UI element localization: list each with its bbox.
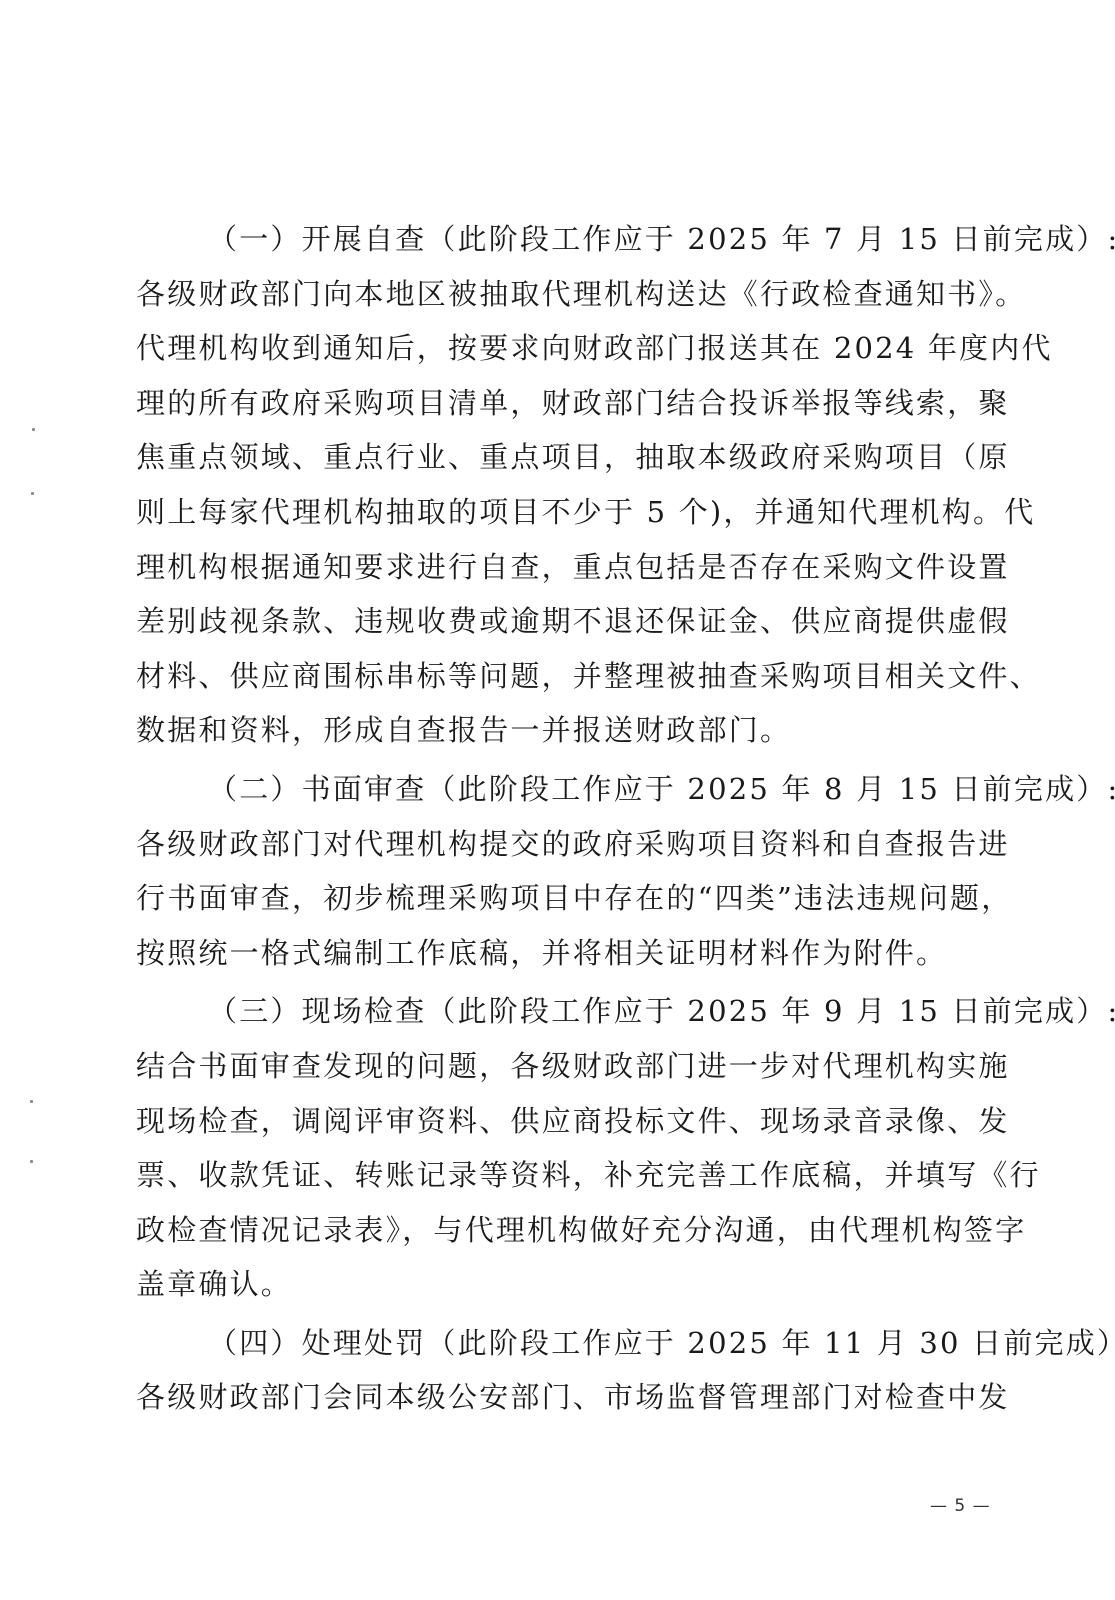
paragraph-line: 理的所有政府采购项目清单，财政部门结合投诉举报等线索，聚 bbox=[136, 376, 972, 431]
paragraph-line: 理机构根据通知要求进行自查，重点包括是否存在采购文件设置 bbox=[136, 540, 972, 595]
paragraph-line: 各级财政部门对代理机构提交的政府采购项目资料和自查报告进 bbox=[136, 817, 972, 872]
paragraph-line: 材料、供应商围标串标等问题，并整理被抽查采购项目相关文件、 bbox=[136, 649, 972, 704]
scan-artifact-dot bbox=[32, 428, 35, 431]
page-number: — 5 — bbox=[930, 1496, 991, 1516]
paragraph-line: 票、收款凭证、转账记录等资料，补充完善工作底稿，并填写《行 bbox=[136, 1148, 972, 1203]
section-heading: （二）书面审查（此阶段工作应于 2025 年 8 月 15 日前完成）: bbox=[136, 762, 972, 817]
paragraph-line: 政检查情况记录表》，与代理机构做好充分沟通，由代理机构签字 bbox=[136, 1203, 972, 1258]
paragraph-line: 盖章确认。 bbox=[136, 1257, 972, 1312]
document-page: （一）开展自查（此阶段工作应于 2025 年 7 月 15 日前完成）: 各级财… bbox=[0, 0, 1115, 1600]
paragraph-line: 按照统一格式编制工作底稿，并将相关证明材料作为附件。 bbox=[136, 926, 972, 981]
paragraph-line: 数据和资料，形成自查报告一并报送财政部门。 bbox=[136, 703, 972, 758]
section-onsite-inspection: （三）现场检查（此阶段工作应于 2025 年 9 月 15 日前完成）: 结合书… bbox=[136, 984, 972, 1312]
section-heading: （三）现场检查（此阶段工作应于 2025 年 9 月 15 日前完成）: bbox=[136, 984, 972, 1039]
section-document-review: （二）书面审查（此阶段工作应于 2025 年 8 月 15 日前完成）: 各级财… bbox=[136, 762, 972, 980]
paragraph-line: 现场检查，调阅评审资料、供应商投标文件、现场录音录像、发 bbox=[136, 1094, 972, 1149]
paragraph-line: 结合书面审查发现的问题，各级财政部门进一步对代理机构实施 bbox=[136, 1039, 972, 1094]
document-body: （一）开展自查（此阶段工作应于 2025 年 7 月 15 日前完成）: 各级财… bbox=[136, 212, 972, 1425]
scan-artifact-dot bbox=[31, 492, 34, 495]
section-self-inspection: （一）开展自查（此阶段工作应于 2025 年 7 月 15 日前完成）: 各级财… bbox=[136, 212, 972, 758]
paragraph-line: 代理机构收到通知后，按要求向财政部门报送其在 2024 年度内代 bbox=[136, 321, 972, 376]
paragraph-line: 各级财政部门会同本级公安部门、市场监督管理部门对检查中发 bbox=[136, 1370, 972, 1425]
section-heading: （一）开展自查（此阶段工作应于 2025 年 7 月 15 日前完成）: bbox=[136, 212, 972, 267]
section-penalties: （四）处理处罚（此阶段工作应于 2025 年 11 月 30 日前完成）: 各级… bbox=[136, 1316, 972, 1425]
paragraph-line: 差别歧视条款、违规收费或逾期不退还保证金、供应商提供虚假 bbox=[136, 594, 972, 649]
paragraph-line: 则上每家代理机构抽取的项目不少于 5 个)，并通知代理机构。代 bbox=[136, 485, 972, 540]
section-heading: （四）处理处罚（此阶段工作应于 2025 年 11 月 30 日前完成）: bbox=[136, 1316, 972, 1371]
scan-artifact-dot bbox=[30, 1100, 33, 1103]
paragraph-line: 焦重点领域、重点行业、重点项目，抽取本级政府采购项目（原 bbox=[136, 430, 972, 485]
paragraph-line: 各级财政部门向本地区被抽取代理机构送达《行政检查通知书》。 bbox=[136, 267, 972, 322]
scan-artifact-dot bbox=[30, 1160, 33, 1163]
paragraph-line: 行书面审查，初步梳理采购项目中存在的“四类”违法违规问题， bbox=[136, 871, 972, 926]
